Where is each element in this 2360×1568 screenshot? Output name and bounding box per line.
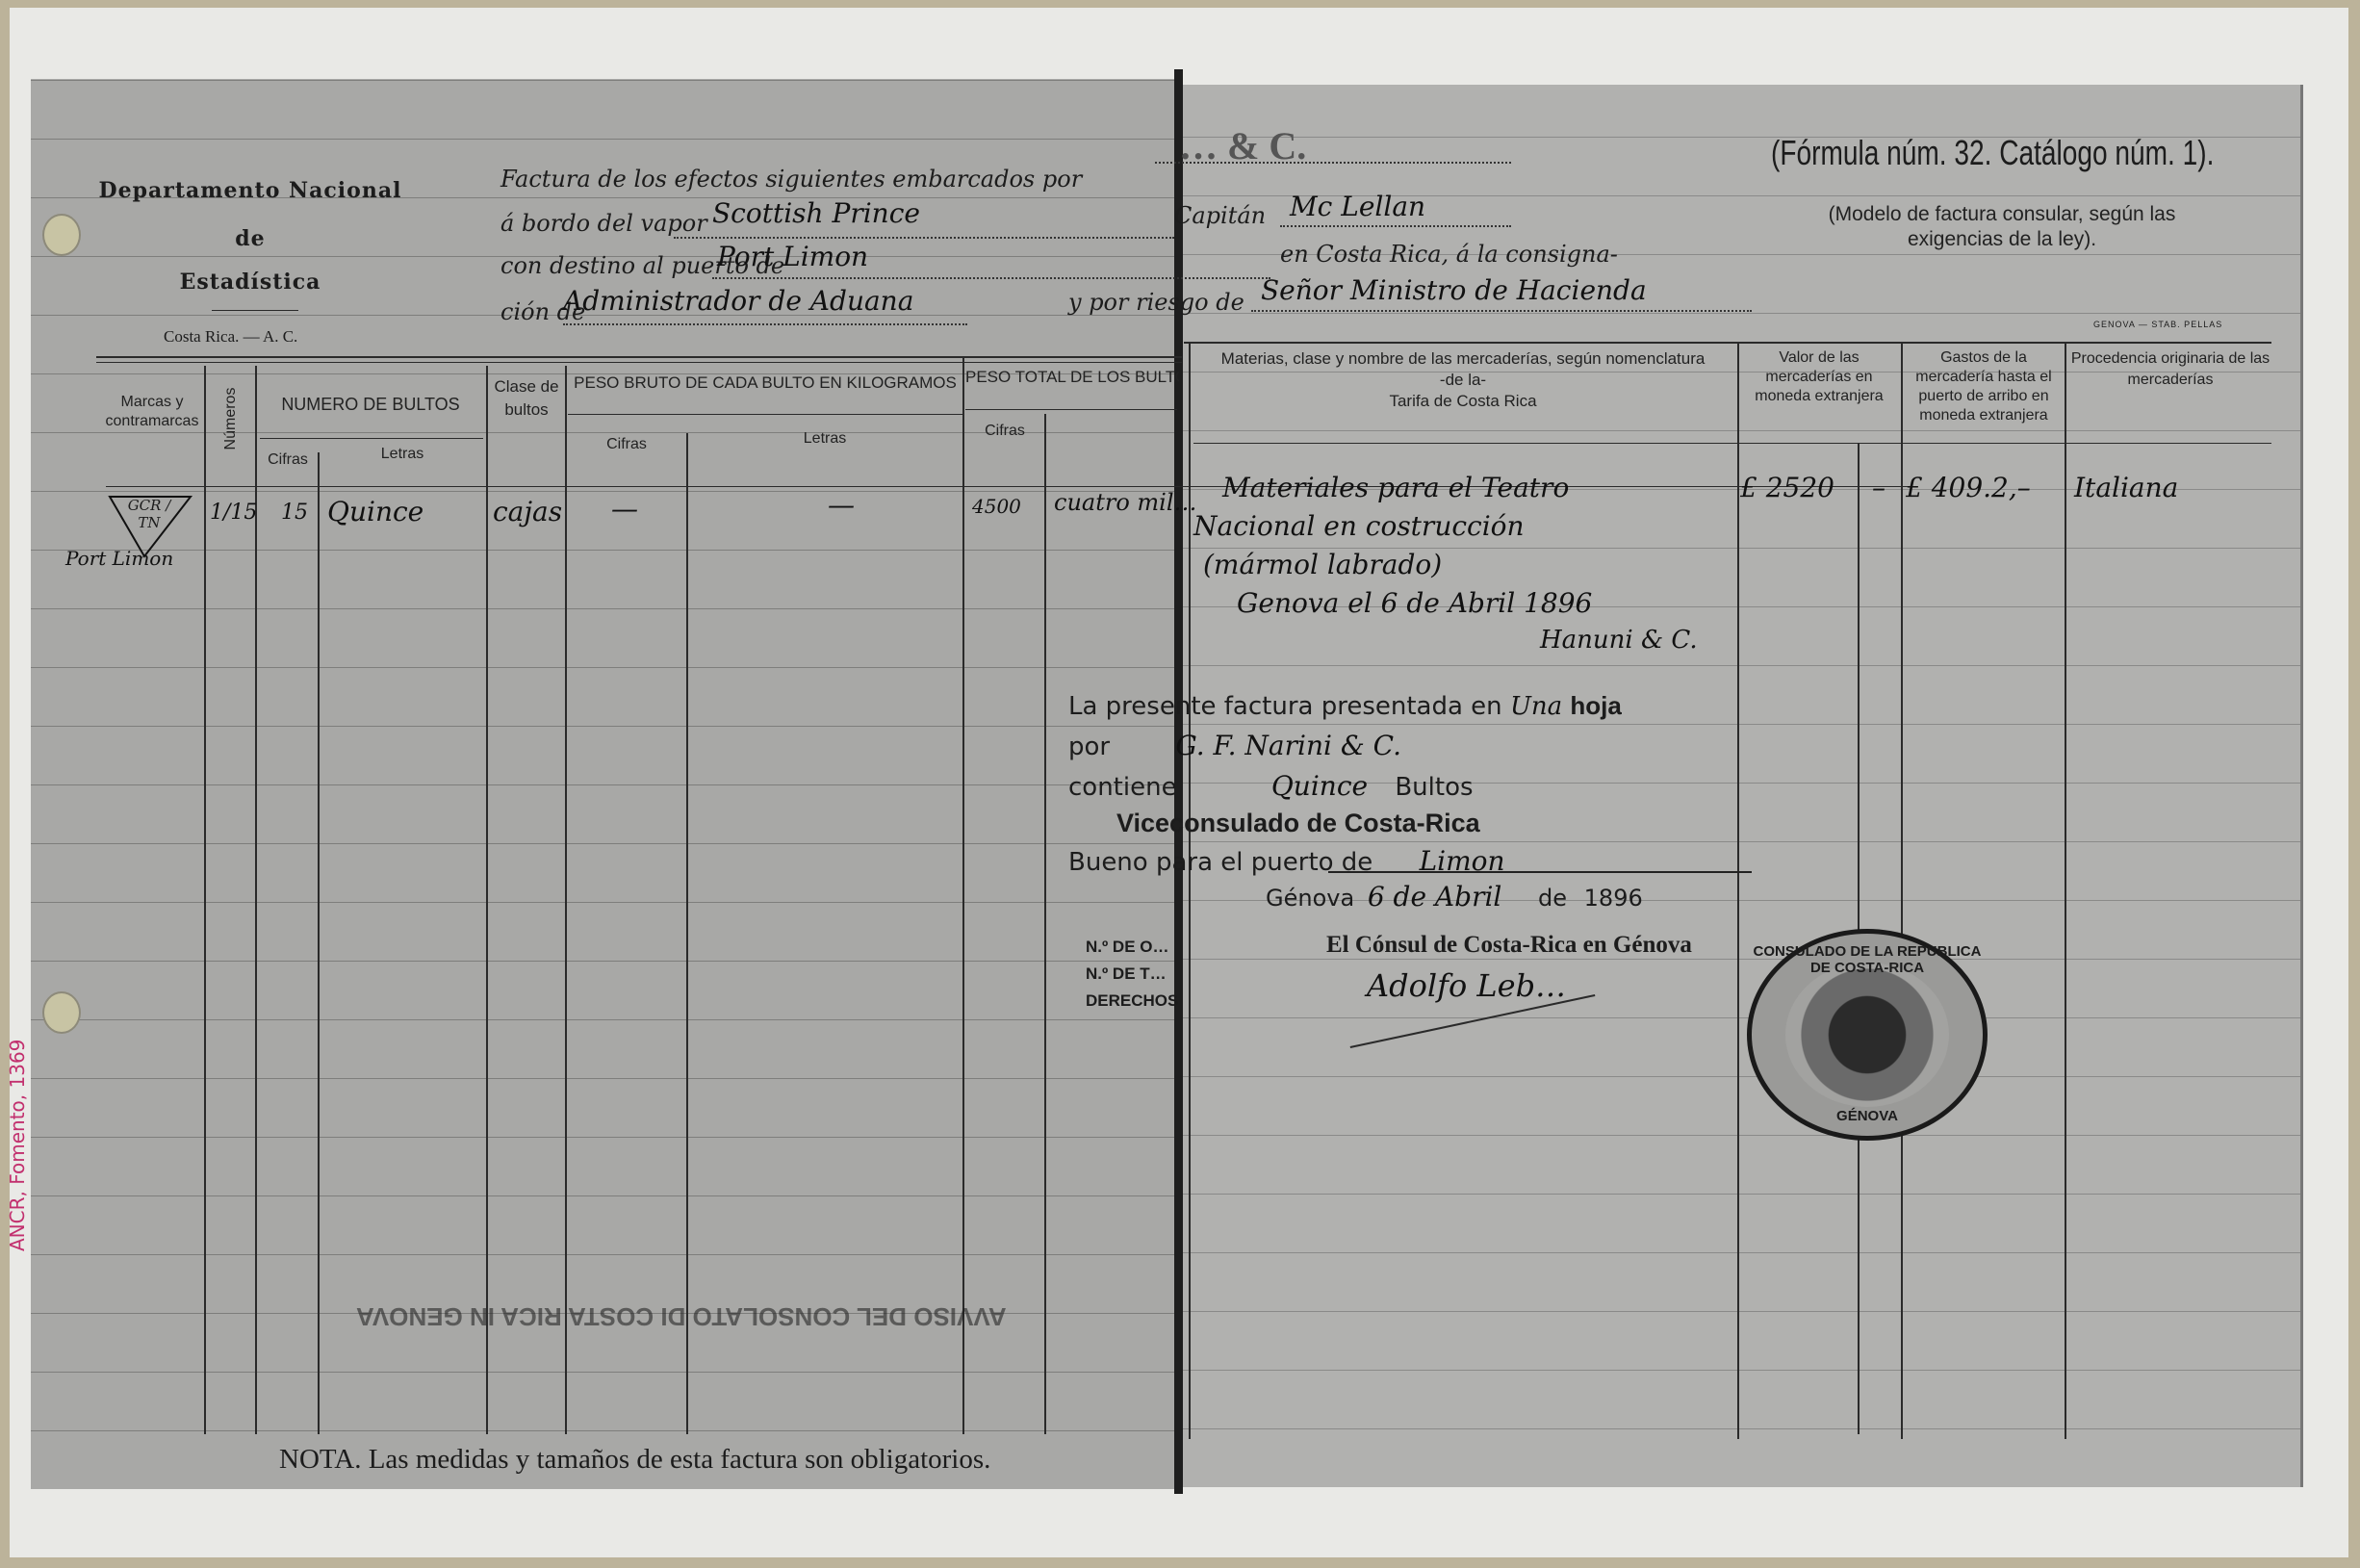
table-top-rule [96,356,1182,358]
destination-port: Port Limon [717,241,868,272]
row-clase: cajas [493,496,562,527]
table-top-rule-right [1184,342,2271,344]
seal-top-text: CONSULADO DE LA REPUBLICA DE COSTA-RICA [1752,943,1983,976]
formula-number: (Fórmula núm. 32. Catálogo núm. 1). [1771,133,2214,173]
header-peso-bruto-letras: Letras [689,429,961,449]
row-peso-bruto-cifras: — [611,493,638,525]
punch-hole-top [42,214,81,256]
row-bultos-cifras: 15 [281,501,308,525]
subheader-rule [965,409,1177,410]
note-line2: por G. F. Narini & C. [1068,730,1401,761]
seal-bottom-text: GÉNOVA [1752,1108,1983,1124]
header-marcas: Marcas y contramarcas [104,393,200,431]
col-line [1901,342,1903,1439]
dotted-line [1155,162,1511,164]
bleed-through-text: AVVISO DEL CONSOLATO DI COSTA RICA IN GE… [356,1301,1007,1331]
row-materias-line1: Materiales para el Teatro [1222,472,1569,503]
note-bueno-label: Bueno para el puerto de [1068,848,1372,877]
subheader-rule [260,438,483,439]
risk-label: y por riesgo de [1068,289,1244,316]
row-materias-line3: (mármol labrado) [1203,549,1442,580]
coat-of-arms-icon [1785,963,1949,1107]
preamble-line3-suffix: en Costa Rica, á la consigna- [1280,241,1618,268]
row-valor: £ 2520 [1740,472,1834,503]
note-por-label: por [1068,733,1110,761]
header-bultos-letras: Letras [320,445,485,464]
department-estadistica: Estadística [91,270,409,295]
consul-title: El Cónsul de Costa-Rica en Génova [1326,932,1692,959]
heading-rule [212,310,298,311]
page-edge [2300,85,2303,1487]
model-note-line1: (Modelo de factura consular, según las [1809,202,2194,227]
dotted-line [674,237,1174,239]
subheader-rule [568,414,962,415]
header-numero-bultos: NUMERO DE BULTOS [260,395,481,414]
row-materias-line2: Nacional en costrucción [1193,510,1525,542]
header-peso-bruto: PESO BRUTO DE CADA BULTO EN KILOGRAMOS [568,373,962,393]
col-line [2065,342,2066,1439]
header-clase: Clase de bultos [489,375,564,422]
note-date: 6 de Abril [1368,881,1502,913]
dotted-line [563,323,967,325]
dotted-line [1280,225,1511,227]
risk-party: Señor Ministro de Hacienda [1261,274,1647,306]
note-line1-label: La presente factura presentada en [1068,692,1502,721]
col-line [686,433,688,1434]
row-materias-line4: Genova el 6 de Abril 1896 [1237,587,1592,619]
col-line [1044,414,1046,1434]
col-line [565,366,567,1434]
consul-signature: Adolfo Leb… [1367,967,1566,1004]
header-gastos: Gastos de la mercadería hasta el puerto … [1906,348,2062,425]
captain-label: Capitán [1174,202,1266,229]
consulate-seal: CONSULADO DE LA REPUBLICA DE COSTA-RICA … [1747,929,1988,1141]
footer-note: NOTA. Las medidas y tamaños de esta fact… [279,1444,990,1476]
note-bultos-words: Quince [1271,770,1368,802]
preamble-line2-label: á bordo del vapor [500,210,707,237]
model-note-line2: exigencias de la ley). [1809,227,2194,252]
note-bultos-label: Bultos [1395,773,1473,802]
department-title: Departamento Nacional [91,178,409,203]
header-materias-line3: Tarifa de Costa Rica [1193,391,1732,412]
shipping-mark-text: GCR / TN [115,497,183,531]
preamble-line1: Factura de los efectos siguientes embarc… [500,166,1082,193]
row-bultos-letras: Quince [327,496,423,527]
note-place: Génova [1266,885,1354,912]
header-procedencia: Procedencia originaria de las mercadería… [2069,348,2271,391]
note-line1: La presente factura presentada en Una ho… [1068,691,1622,721]
table-top-rule-2 [96,362,1182,363]
note-year: 1896 [1584,885,1643,912]
captain-name: Mc Lellan [1290,191,1425,222]
model-note: (Modelo de factura consular, según las e… [1809,202,2194,252]
header-bultos-cifras: Cifras [258,450,318,470]
header-numeros: Números [221,380,241,457]
note-de-label: de [1538,885,1567,912]
header-peso-bruto-cifras: Cifras [568,435,685,454]
viceconsulado-title: Viceconsulado de Costa-Rica [1116,809,1480,838]
row-peso-total-letras: cuatro mil… [1054,489,1197,516]
punch-hole-bottom [42,991,81,1034]
header-peso-total-cifras: Cifras [965,422,1044,441]
header-peso-total: PESO TOTAL DE LOS BULTOS [965,368,1179,387]
office-label-2: N.º DE T… [1086,961,1178,988]
shipping-mark-port: Port Limon [65,547,173,570]
header-bottom-rule [106,486,1915,487]
shipper-signature: Hanuni & C. [1540,626,1698,655]
note-hojas: Una [1510,692,1562,721]
department-de: de [91,226,409,251]
row-peso-bruto-letras: — [828,489,855,521]
note-hoja-label: hoja [1570,691,1621,720]
row-valor-cents: – [1872,472,1885,503]
header-valor: Valor de las mercaderías en moneda extra… [1742,348,1896,406]
col-line [1737,342,1739,1439]
note-date-line: Génova 6 de Abril de 1896 [1266,881,1643,913]
underline [1328,871,1752,873]
dotted-line [712,277,1270,279]
row-gastos: £ 409.2,– [1906,472,2031,503]
dotted-line [1251,310,1752,312]
col-line [486,366,488,1434]
header-materias-line2: -de la- [1193,370,1732,391]
archive-annotation: ANCR, Fomento, 1369 [6,1040,29,1251]
row-procedencia: Italiana [2074,472,2178,503]
row-peso-total-cifras: 4500 [972,495,1021,518]
col-line [204,366,206,1434]
note-presenter: G. F. Narini & C. [1175,730,1401,761]
header-bottom-rule-right [1193,443,2271,444]
office-labels: N.º DE O… N.º DE T… DERECHOS [1086,934,1178,1015]
printer-credit: GENOVA — STAB. PELLAS [2093,320,2222,329]
ship-name: Scottish Prince [712,197,920,229]
header-materias-line1: Materias, clase y nombre de las mercader… [1193,348,1732,370]
note-contiene-label: contiene [1068,773,1177,802]
row-numeros: 1/15 [210,501,257,525]
col-line [962,356,964,1434]
col-line [318,452,320,1434]
header-materias: Materias, clase y nombre de las mercader… [1193,348,1732,412]
consignee: Administrador de Aduana [563,285,913,317]
note-line3: contiene Quince Bultos [1068,770,1474,802]
bleed-through-mirrored: AVVISO DEL CONSOLATO DI COSTA RICA IN GE… [356,1301,1007,1331]
col-line [255,366,257,1434]
department-subline: Costa Rica. — A. C. [164,327,297,347]
office-label-1: N.º DE O… [1086,934,1178,961]
office-label-3: DERECHOS [1086,988,1178,1015]
